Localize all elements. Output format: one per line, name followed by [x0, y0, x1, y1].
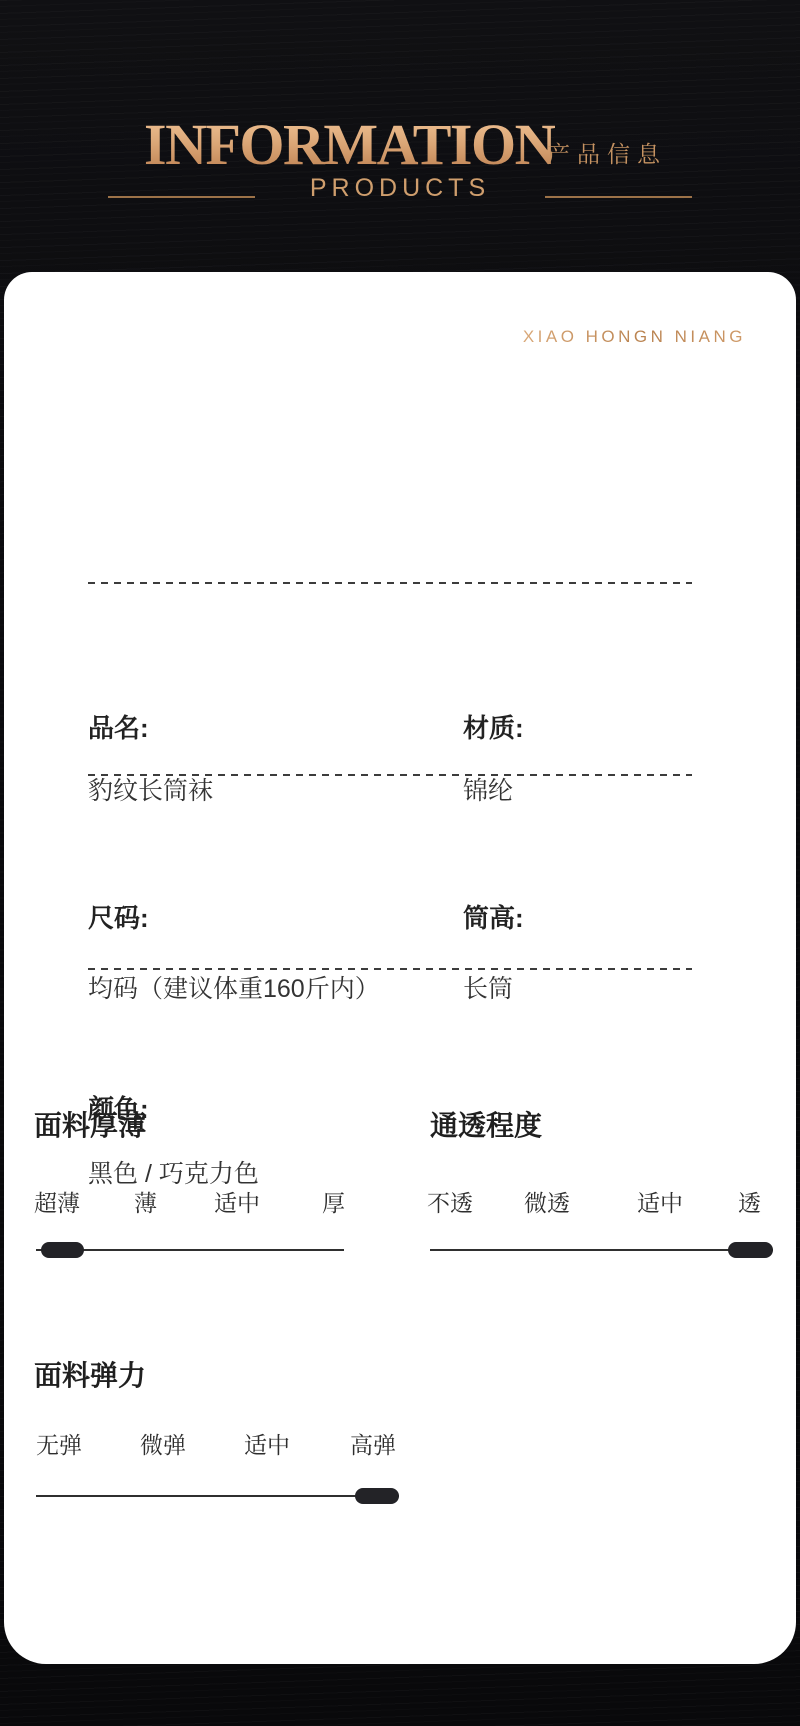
- tick-sheerness-0: 不透: [427, 1192, 473, 1215]
- product-info-page: INFORMATION 产品信息 PRODUCTS XIAO HONGN NIA…: [0, 0, 800, 1726]
- dashed-divider: [88, 968, 692, 970]
- field-value-name: 豹纹长筒袜: [88, 779, 213, 804]
- decorative-line-left: [108, 196, 255, 198]
- field-label-name: 品名:: [88, 715, 149, 741]
- field-label-size: 尺码:: [88, 905, 149, 931]
- slider-handle-sheerness[interactable]: [728, 1242, 773, 1258]
- page-title-chinese: 产品信息: [547, 141, 667, 169]
- tick-stretch-3: 高弹: [350, 1434, 396, 1457]
- dashed-divider: [88, 582, 692, 584]
- field-value-color: 黑色 / 巧克力色: [88, 1162, 259, 1187]
- slider-handle-stretch[interactable]: [355, 1488, 399, 1504]
- slider-title-stretch: 面料弹力: [34, 1361, 146, 1392]
- slider-track-stretch[interactable]: [36, 1495, 399, 1497]
- brand-text: XIAO HONGN NIANG: [523, 328, 746, 347]
- tick-thickness-3: 厚: [322, 1192, 345, 1215]
- tick-stretch-1: 微弹: [140, 1434, 186, 1457]
- field-label-material: 材质:: [463, 715, 524, 741]
- dashed-divider: [88, 774, 692, 776]
- field-value-material: 锦纶: [463, 779, 513, 804]
- tick-stretch-0: 无弹: [36, 1434, 82, 1457]
- tick-sheerness-1: 微透: [524, 1192, 570, 1215]
- field-value-height: 长筒: [463, 977, 513, 1002]
- tick-thickness-1: 薄: [134, 1192, 157, 1215]
- decorative-line-right: [545, 196, 692, 198]
- tick-thickness-2: 适中: [214, 1192, 260, 1215]
- slider-handle-thickness[interactable]: [41, 1242, 84, 1258]
- page-title: INFORMATION: [144, 116, 555, 174]
- tick-sheerness-2: 适中: [637, 1192, 683, 1215]
- slider-title-sheerness: 通透程度: [430, 1111, 542, 1142]
- tick-thickness-0: 超薄: [34, 1192, 80, 1215]
- page-subtitle: PRODUCTS: [0, 175, 800, 203]
- tick-sheerness-3: 透: [738, 1192, 761, 1215]
- slider-track-sheerness[interactable]: [430, 1249, 773, 1251]
- field-label-height: 筒高:: [463, 905, 524, 931]
- slider-title-thickness: 面料厚薄: [34, 1111, 146, 1142]
- field-value-size: 均码（建议体重160斤内）: [88, 977, 380, 1002]
- tick-stretch-2: 适中: [244, 1434, 290, 1457]
- info-card: XIAO HONGN NIANG 品名: 豹纹长筒袜 材质: 锦纶 尺码: 均码…: [4, 272, 796, 1664]
